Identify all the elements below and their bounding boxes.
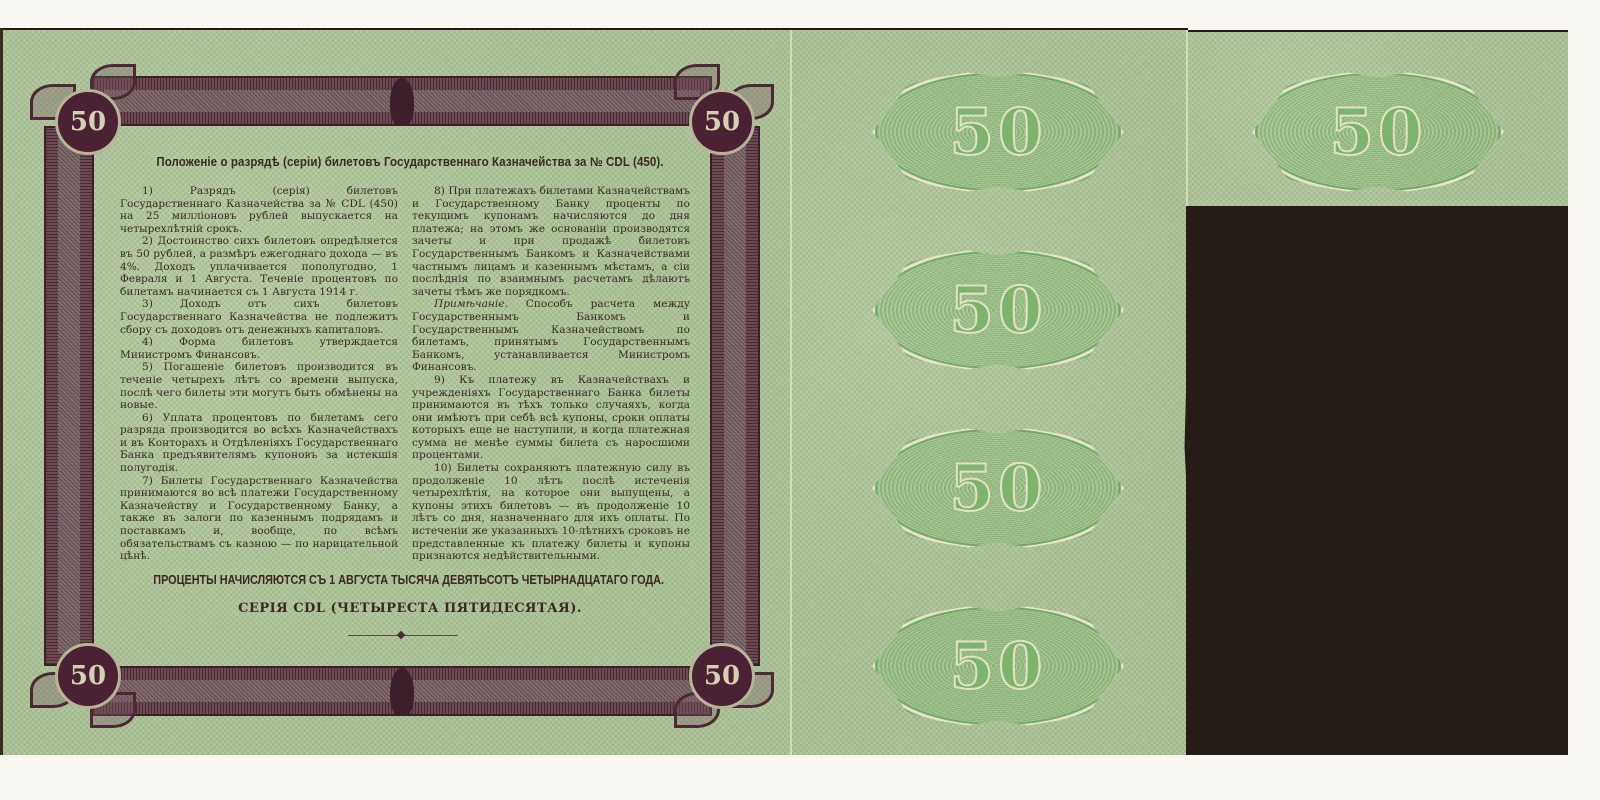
frame-left-band [44,126,94,666]
corner-medallion-50: 50 [55,89,121,155]
corner-ornament: 50 [30,618,140,728]
corner-medallion-50: 50 [689,643,755,709]
rosette-denomination: 50 [872,426,1124,550]
clause-5: 5) Погашенiе билетовъ производится въ те… [120,361,398,411]
coupon-rosette: 50 [872,604,1124,728]
clause-8: 8) При платежахъ билетами Казначействамъ… [412,185,690,298]
dark-background-area [1186,206,1568,755]
clause-1: 1) Разрядъ (серiя) билетовъ Государствен… [120,185,398,235]
regulation-text: Положенiе о разрядѣ (серiи) билетовъ Гос… [120,155,690,169]
corner-medallion-50: 50 [55,643,121,709]
clause-note: Примѣчанiе. Способъ расчета между Госуда… [412,298,690,374]
coupon-rosette: 50 [872,70,1124,194]
fold-line [1186,30,1188,206]
rosette-denomination: 50 [1252,70,1504,194]
ornamental-divider [348,635,458,636]
rosette-denomination: 50 [872,70,1124,194]
series-statement: СЕРIЯ CDL (ЧЕТЫРЕСТА ПЯТИДЕСЯТАЯ). [120,601,700,616]
coupon-rosette: 50 [872,426,1124,550]
frame-right-band [710,126,760,666]
clause-7: 7) Билеты Государственнаго Казначейства … [120,475,398,563]
left-column: 1) Разрядъ (серiя) билетовъ Государствен… [120,185,398,563]
note-label: Примѣчанiе. [434,298,508,310]
clause-10: 10) Билеты сохраняютъ платежную силу въ … [412,462,690,563]
fleur-ornament-icon [390,78,414,126]
document-title: Положенiе о разрядѣ (серiи) билетовъ Гос… [152,155,667,169]
fold-line [790,30,792,755]
rosette-denomination: 50 [872,248,1124,372]
coupon-rosette: 50 [872,248,1124,372]
coupon-rosette: 50 [1252,70,1504,194]
clause-3: 3) Доходъ отъ сихъ билетовъ Государствен… [120,298,398,336]
corner-ornament: 50 [664,618,774,728]
clause-4: 4) Форма билетовъ утверждается Министром… [120,336,398,361]
clause-9: 9) Къ платежу въ Казначействахъ и учрежд… [412,374,690,462]
fleur-ornament-icon [390,668,414,716]
rosette-denomination: 50 [872,604,1124,728]
clause-6: 6) Уплата процентовъ по билетамъ сего ра… [120,412,398,475]
clause-2: 2) Достоинство сихъ билетовъ опредѣляетс… [120,235,398,298]
right-column: 8) При платежахъ билетами Казначействамъ… [412,185,690,563]
corner-medallion-50: 50 [689,89,755,155]
interest-statement: ПРОЦЕНТЫ НАЧИСЛЯЮТСЯ СЪ 1 АВГУСТА ТЫСЯЧА… [153,573,660,587]
